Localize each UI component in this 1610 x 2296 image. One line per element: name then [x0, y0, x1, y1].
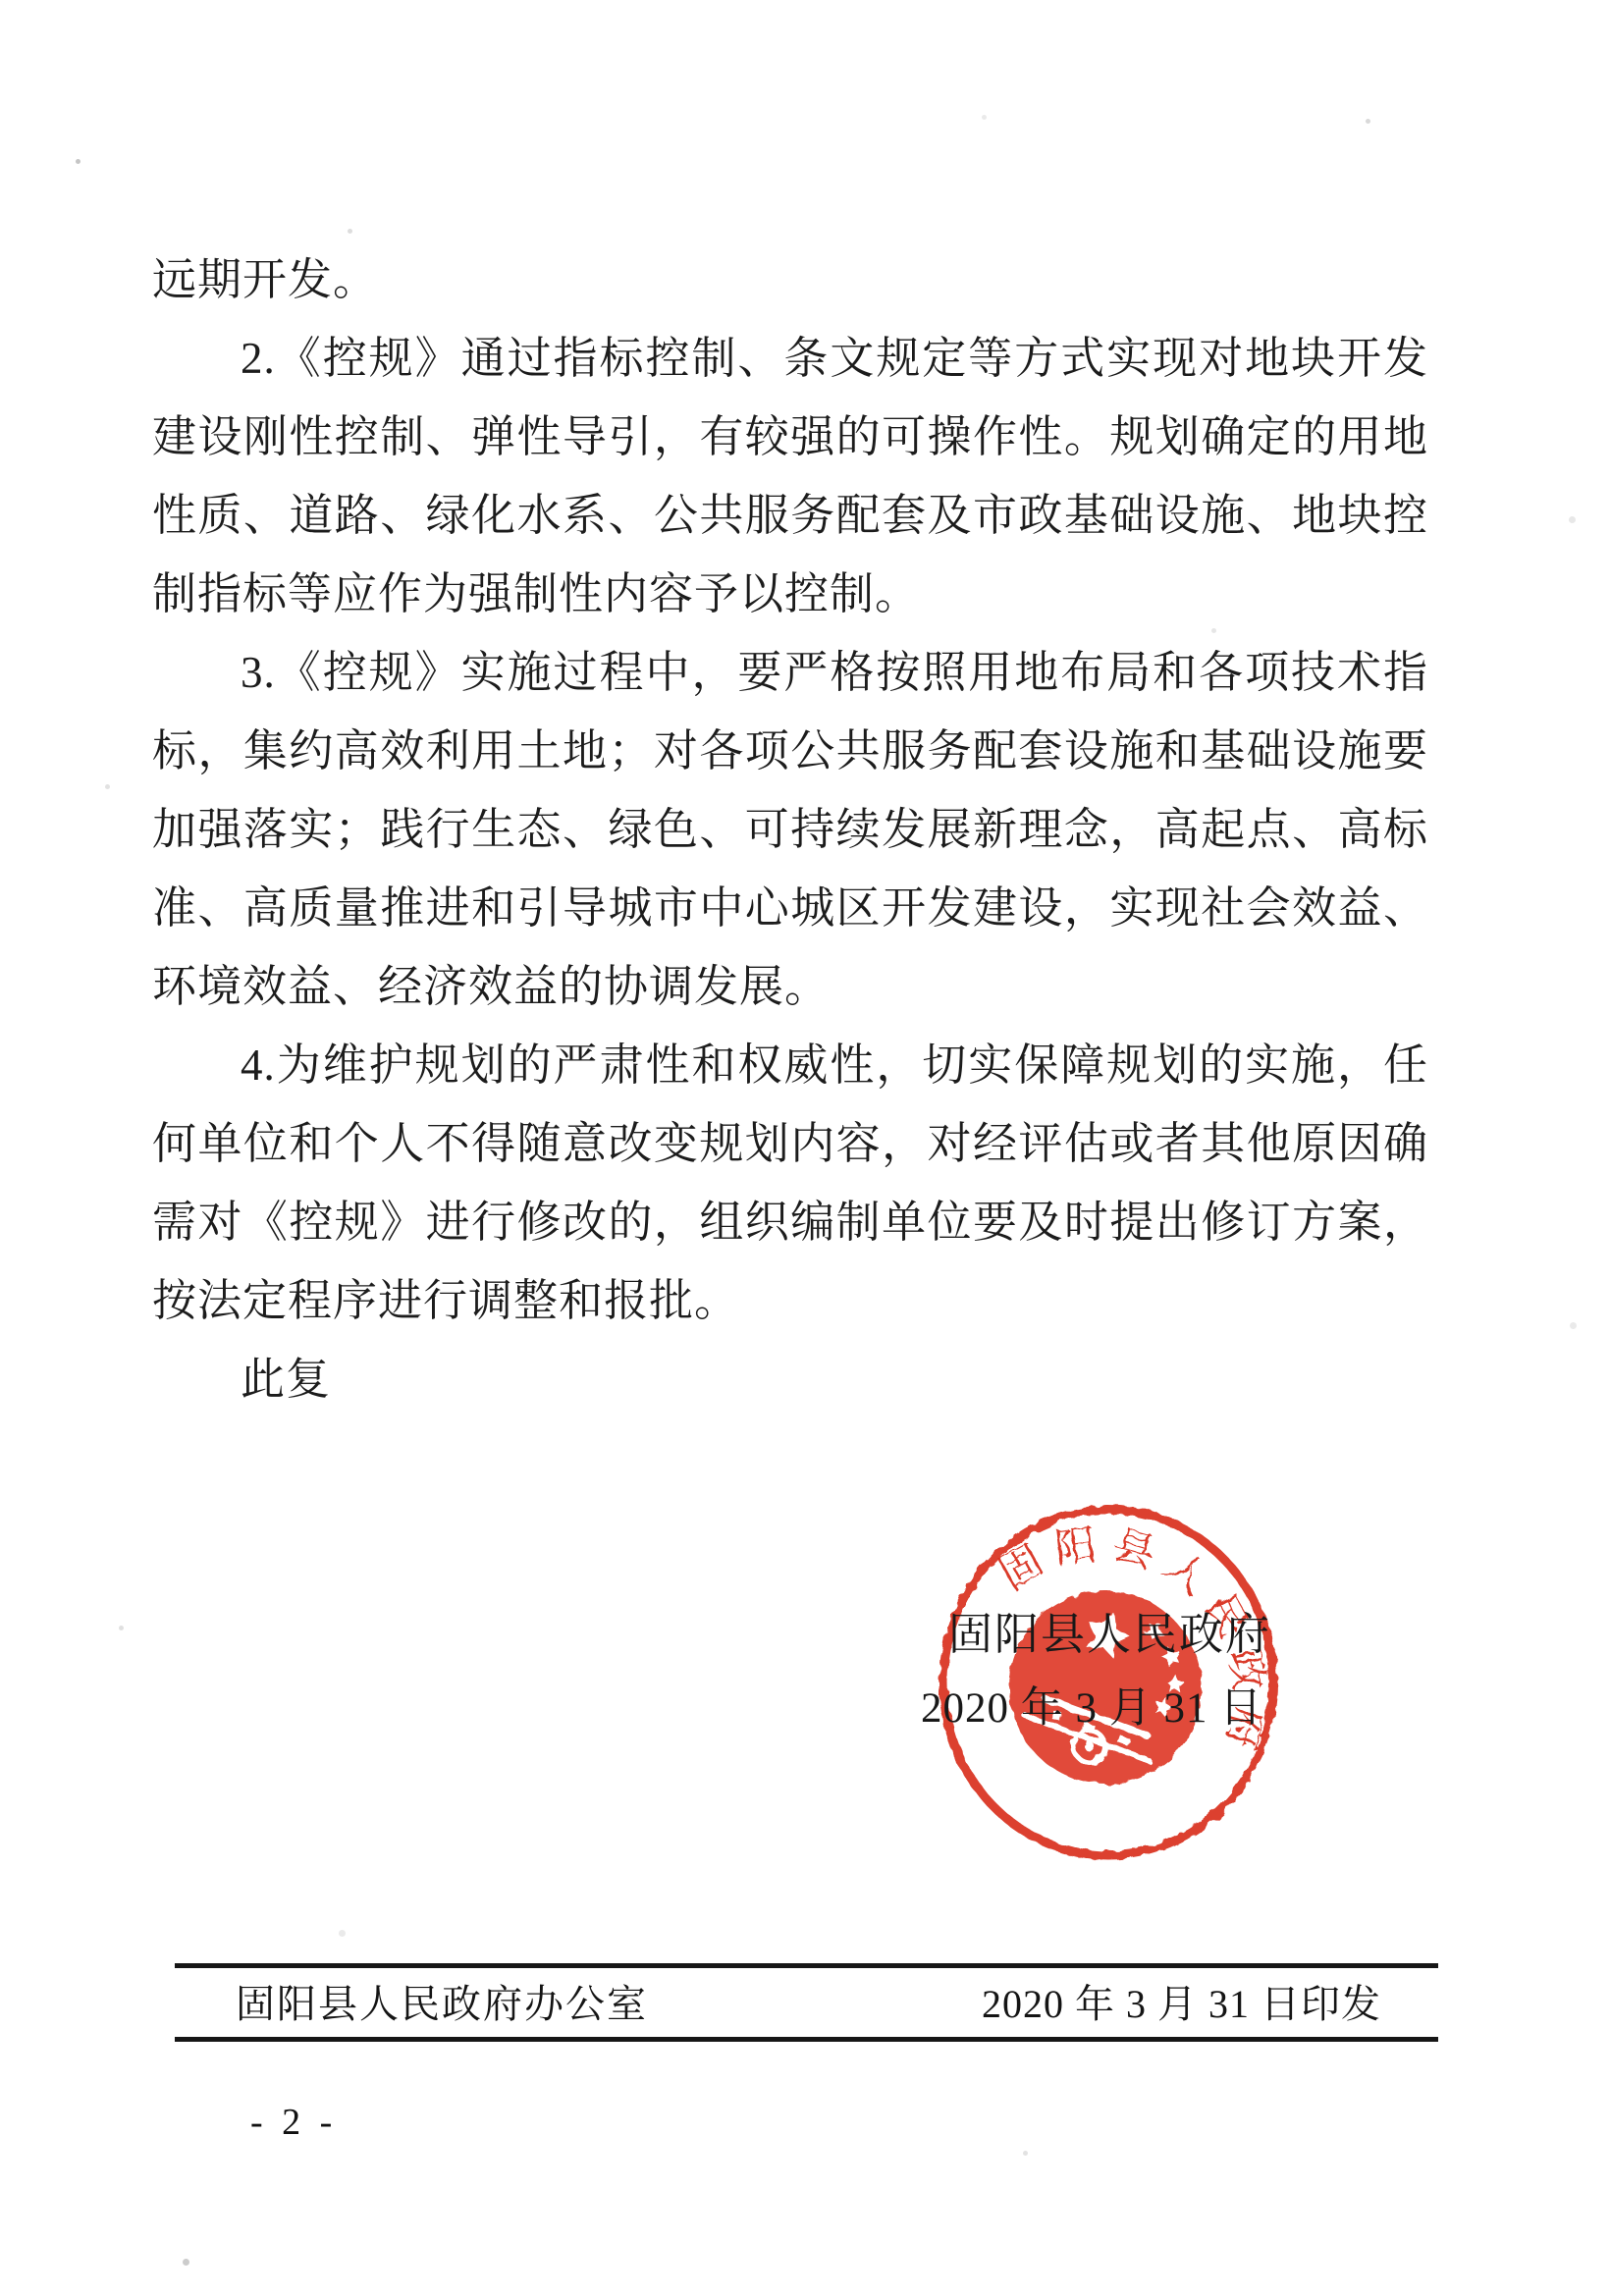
- body-line: 4.为维护规划的严肃性和权威性，切实保障规划的实施，任: [152, 1026, 1428, 1104]
- footer-rule-top: [175, 1963, 1438, 1968]
- document-page: 远期开发。 2.《控规》通过指标控制、条文规定等方式实现对地块开发 建设刚性控制…: [0, 0, 1610, 2296]
- body-line: 性质、道路、绿化水系、公共服务配套及市政基础设施、地块控: [152, 476, 1428, 555]
- page-number: - 2 -: [250, 2101, 337, 2144]
- body-line: 制指标等应作为强制性内容予以控制。: [152, 555, 1428, 633]
- signature-issuer: 固阳县人民政府: [948, 1598, 1271, 1662]
- body-line: 3.《控规》实施过程中，要严格按照用地布局和各项技术指: [152, 633, 1428, 712]
- body-line: 加强落实；践行生态、绿色、可持续发展新理念，高起点、高标: [152, 790, 1428, 869]
- body-line: 按法定程序进行调整和报批。: [152, 1261, 1428, 1340]
- body-line: 2.《控规》通过指标控制、条文规定等方式实现对地块开发: [152, 319, 1428, 398]
- scan-noise: [0, 0, 3, 3]
- body-line: 需对《控规》进行修改的，组织编制单位要及时提出修订方案，: [152, 1183, 1428, 1261]
- body-line: 准、高质量推进和引导城市中心城区开发建设，实现社会效益、: [152, 869, 1428, 947]
- closing-line: 此复: [152, 1340, 1428, 1418]
- body-line: 何单位和个人不得随意改变规划内容，对经评估或者其他原因确: [152, 1104, 1428, 1183]
- document-body: 远期开发。 2.《控规》通过指标控制、条文规定等方式实现对地块开发 建设刚性控制…: [152, 240, 1428, 1418]
- footer-rule-bottom: [175, 2037, 1438, 2042]
- body-line: 建设刚性控制、弹性导引，有较强的可操作性。规划确定的用地: [152, 398, 1428, 476]
- body-line: 环境效益、经济效益的协调发展。: [152, 947, 1428, 1026]
- footer-print-date: 2020 年 3 月 31 日印发: [982, 1973, 1381, 2029]
- body-line: 远期开发。: [152, 240, 1428, 319]
- footer-issuer-office: 固阳县人民政府办公室: [236, 1973, 648, 2029]
- body-line: 标，集约高效利用土地；对各项公共服务配套设施和基础设施要: [152, 712, 1428, 790]
- signature-date: 2020 年 3 月 31 日: [921, 1675, 1262, 1735]
